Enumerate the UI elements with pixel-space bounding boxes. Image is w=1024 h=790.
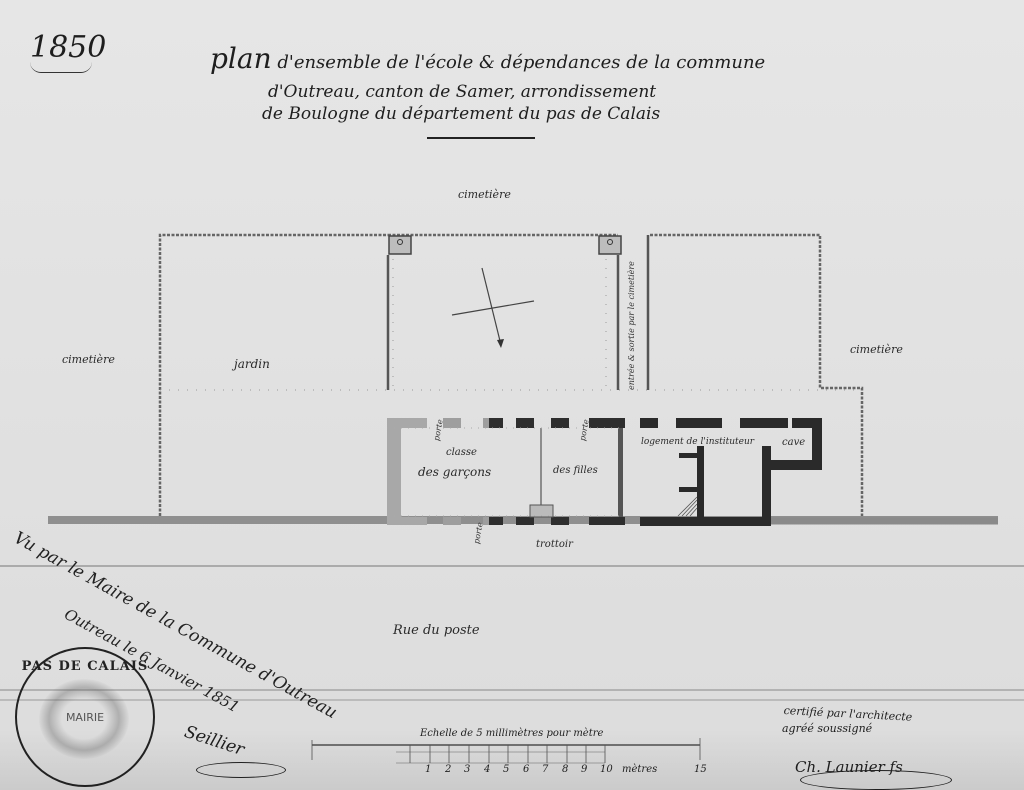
paper-shadow bbox=[0, 730, 1024, 790]
label-girls-class: des filles bbox=[553, 465, 598, 476]
label-cemetery-top: cimetière bbox=[458, 188, 511, 201]
label-passage: entrée & sortie par le cimetière bbox=[627, 261, 636, 390]
label-class: classe bbox=[446, 447, 477, 458]
label-sidewalk: trottoir bbox=[536, 539, 573, 550]
stamp-top-text: PAS DE CALAIS bbox=[17, 659, 153, 674]
label-cemetery-right: cimetière bbox=[850, 343, 903, 356]
label-garden: jardin bbox=[234, 357, 270, 371]
stamp-center-text: MAIRIE bbox=[17, 711, 153, 724]
label-street: Rue du poste bbox=[393, 623, 480, 638]
label-boys-class: des garçons bbox=[418, 465, 491, 479]
label-cemetery-left: cimetière bbox=[62, 353, 115, 366]
label-teacher-lodging: logement de l'instituteur bbox=[641, 437, 754, 447]
plan-document: 1850 plan d'ensemble de l'école & dépend… bbox=[0, 0, 1024, 790]
label-cellar: cave bbox=[782, 437, 805, 448]
